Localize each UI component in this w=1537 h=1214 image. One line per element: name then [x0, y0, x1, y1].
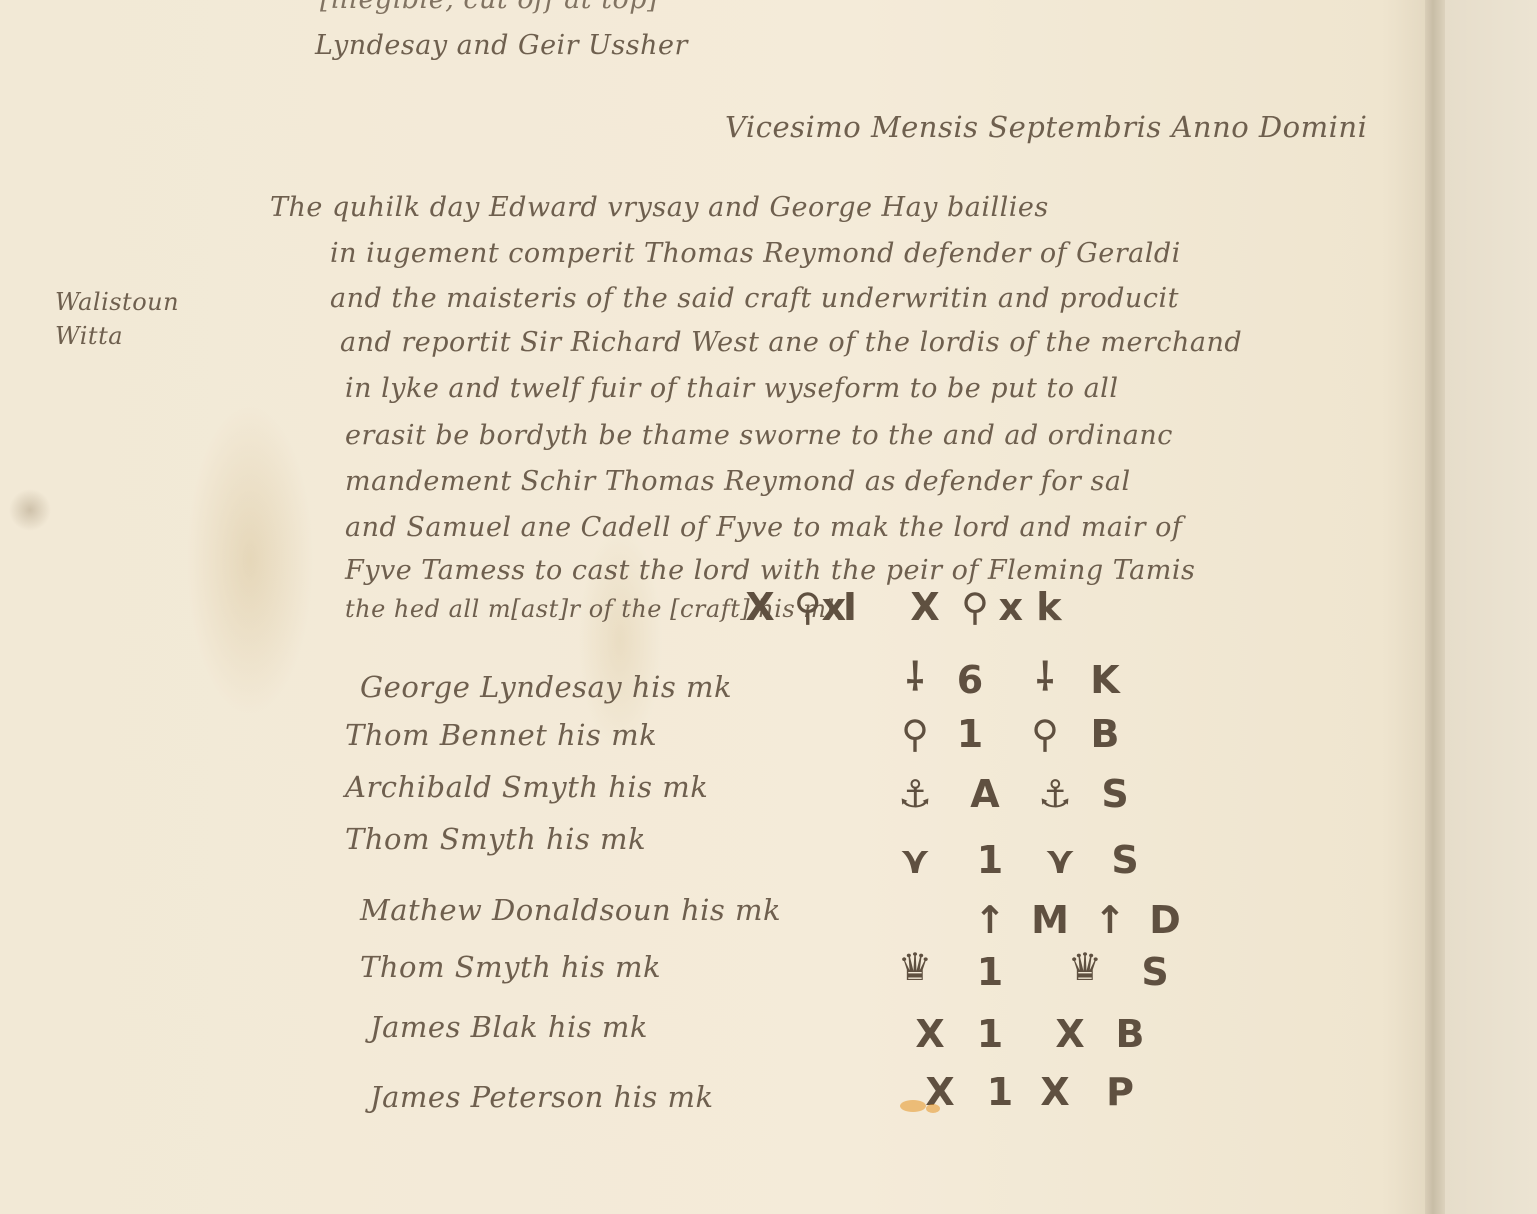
orange-stain [926, 1104, 940, 1113]
merchant-mark: 1 [955, 1012, 1025, 1056]
merchant-mark: 1 [935, 712, 1005, 756]
signatory-name: Mathew Donaldsoun his mk [360, 893, 781, 927]
body-line: in lyke and twelf fuir of thair wyseform… [345, 373, 1118, 404]
signatory-name: George Lyndesay his mk [360, 670, 732, 704]
body-line: Fyve Tamess to cast the lord with the pe… [345, 555, 1195, 586]
merchant-mark: S [1080, 772, 1150, 816]
signatory-name: Thom Bennet his mk [345, 718, 657, 752]
merchant-mark: ⋎ [1025, 838, 1095, 882]
merchant-mark: P [1085, 1070, 1155, 1114]
merchant-mark: B [1095, 1012, 1165, 1056]
merchant-mark: S [1120, 950, 1190, 994]
merchant-mark: 1 [955, 838, 1025, 882]
merchant-mark: ⋎ [880, 838, 950, 882]
signatory-name: Archibald Smyth his mk [345, 770, 708, 804]
body-line: and the maisteris of the said craft unde… [330, 283, 1179, 314]
merchant-mark: A [950, 772, 1020, 816]
body-line: and Samuel ane Cadell of Fyve to mak the… [345, 512, 1182, 543]
merchant-mark: ♛ [1050, 945, 1120, 989]
merchant-mark: B [1070, 712, 1140, 756]
orange-stain [900, 1100, 926, 1112]
signatory-name: James Peterson his mk [370, 1080, 714, 1114]
manuscript-page: [illegible, cut off at top] Lyndesay and… [0, 0, 1425, 1214]
margin-note: Walistoun Witta [55, 285, 225, 353]
body-line: and reportit Sir Richard West ane of the… [340, 327, 1242, 358]
page-gutter [1425, 0, 1445, 1214]
merchant-mark: 1 [955, 950, 1025, 994]
merchant-mark: I [825, 585, 875, 629]
body-line: mandement Schir Thomas Reymond as defend… [345, 466, 1131, 497]
signatory-name: Thom Smyth his mk [360, 950, 661, 984]
merchant-mark: ⚓ [880, 772, 950, 816]
top-line-cutoff: [illegible, cut off at top] [320, 0, 658, 15]
facing-page-edge [1445, 0, 1537, 1214]
merchant-mark: 6 [935, 658, 1005, 702]
merchant-mark: x k [995, 585, 1065, 629]
body-line: in iugement comperit Thomas Reymond defe… [330, 238, 1181, 269]
top-line: Lyndesay and Geir Ussher [315, 30, 688, 61]
signatory-name: Thom Smyth his mk [345, 822, 646, 856]
merchant-mark: ♛ [880, 945, 950, 989]
signatory-name: James Blak his mk [370, 1010, 648, 1044]
date-heading: Vicesimo Mensis Septembris Anno Domini [725, 110, 1367, 144]
merchant-mark: X [1020, 1070, 1090, 1114]
body-line: erasit be bordyth be thame sworne to the… [345, 420, 1173, 451]
merchant-mark: S [1090, 838, 1160, 882]
merchant-mark: K [1070, 658, 1140, 702]
margin-note-line: Walistoun [55, 285, 225, 319]
merchant-mark: D [1130, 898, 1200, 942]
body-line: The quhilk day Edward vrysay and George … [270, 192, 1049, 223]
margin-note-line: Witta [55, 319, 225, 353]
